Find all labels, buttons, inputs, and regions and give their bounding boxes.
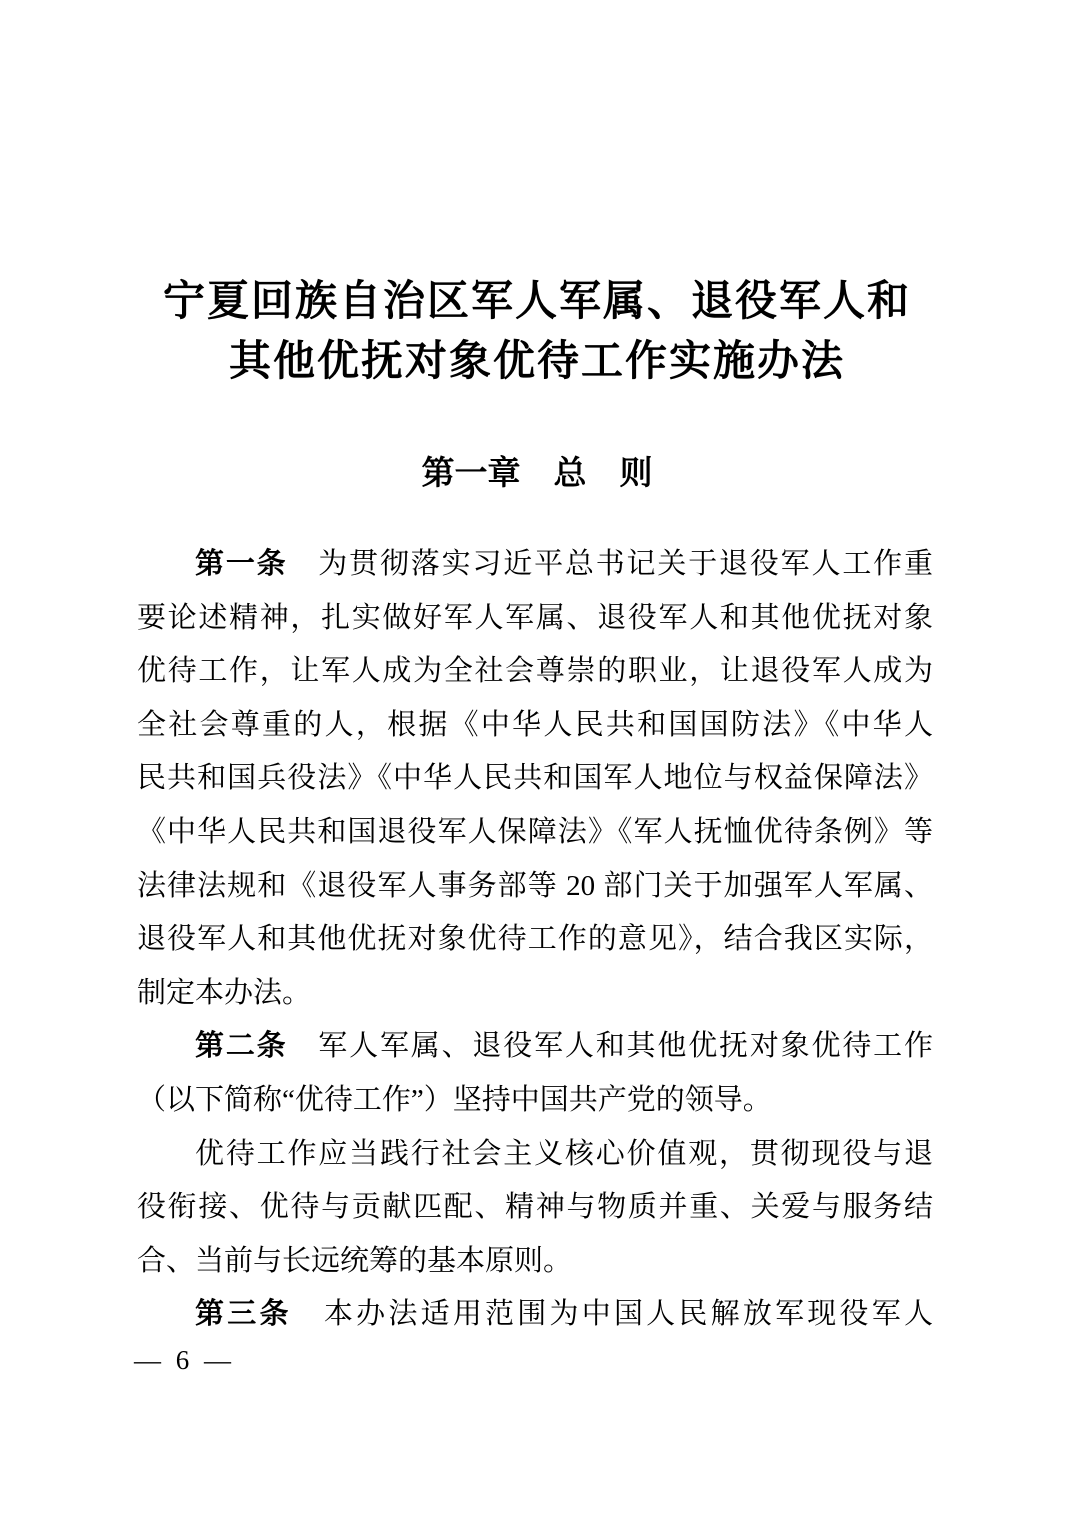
document-text-line: 合、当前与长远统筹的基本原则。 — [137, 1235, 933, 1289]
article-number: 第一条 — [195, 548, 287, 580]
body-text-segment: 法律法规和《退役军人事务部等 20 部门关于加强军人军属、 — [137, 870, 933, 902]
body-text-segment: 制定本办法。 — [137, 977, 311, 1009]
body-text-segment: 全社会尊重的人，根据《中华人民共和国国防法》《中华人 — [137, 709, 933, 741]
body-text-segment: 要论述精神，扎实做好军人军属、退役军人和其他优抚对象 — [137, 602, 933, 634]
document-text-line: 民共和国兵役法》《中华人民共和国军人地位与权益保障法》 — [137, 752, 933, 806]
body-text-segment: 退役军人和其他优抚对象优待工作的意见》，结合我区实际， — [137, 923, 933, 955]
document-text-line: 全社会尊重的人，根据《中华人民共和国国防法》《中华人 — [137, 699, 933, 753]
document-text-line: 法律法规和《退役军人事务部等 20 部门关于加强军人军属、 — [137, 860, 933, 914]
article-number: 第二条 — [195, 1030, 287, 1062]
body-text-segment: 优待工作，让军人成为全社会尊崇的职业，让退役军人成为 — [137, 655, 933, 687]
document-text-line: 第二条 军人军属、退役军人和其他优抚对象优待工作 — [137, 1020, 933, 1074]
document-title-line-2: 其他优抚对象优待工作实施办法 — [0, 332, 1074, 392]
document-text-line: 制定本办法。 — [137, 967, 933, 1021]
document-title-line-1: 宁夏回族自治区军人军属、退役军人和 — [0, 272, 1074, 332]
body-text-segment: （以下简称“优待工作”）坚持中国共产党的领导。 — [137, 1084, 772, 1116]
body-text-segment: 役衔接、优待与贡献匹配、精神与物质并重、关爱与服务结 — [137, 1191, 933, 1223]
body-text-segment: 合、当前与长远统筹的基本原则。 — [137, 1245, 572, 1277]
document-text-line: （以下简称“优待工作”）坚持中国共产党的领导。 — [137, 1074, 933, 1128]
document-title: 宁夏回族自治区军人军属、退役军人和 其他优抚对象优待工作实施办法 — [0, 272, 1074, 392]
document-text-line: 优待工作应当践行社会主义核心价值观，贯彻现役与退 — [137, 1128, 933, 1182]
body-text-segment: 军人军属、退役军人和其他优抚对象优待工作 — [287, 1030, 933, 1062]
body-text-segment: 民共和国兵役法》《中华人民共和国军人地位与权益保障法》 — [137, 762, 933, 794]
document-text-line: 役衔接、优待与贡献匹配、精神与物质并重、关爱与服务结 — [137, 1181, 933, 1235]
body-text-segment: 本办法适用范围为中国人民解放军现役军人 — [292, 1298, 933, 1330]
document-text-line: 要论述精神，扎实做好军人军属、退役军人和其他优抚对象 — [137, 592, 933, 646]
article-number: 第三条 — [195, 1298, 292, 1330]
document-text-line: 第一条 为贯彻落实习近平总书记关于退役军人工作重 — [137, 538, 933, 592]
chapter-heading: 第一章 总 则 — [0, 452, 1074, 494]
document-text-line: 《中华人民共和国退役军人保障法》《军人抚恤优待条例》等 — [137, 806, 933, 860]
body-text-segment: 为贯彻落实习近平总书记关于退役军人工作重 — [287, 548, 933, 580]
body-text-segment: 《中华人民共和国退役军人保障法》《军人抚恤优待条例》等 — [137, 816, 933, 848]
document-text-line: 第三条 本办法适用范围为中国人民解放军现役军人 — [137, 1288, 933, 1342]
page-number: — 6 — — [134, 1345, 235, 1376]
document-body: 第一条 为贯彻落实习近平总书记关于退役军人工作重要论述精神，扎实做好军人军属、退… — [137, 538, 933, 1342]
body-text-segment: 优待工作应当践行社会主义核心价值观，贯彻现役与退 — [195, 1138, 933, 1170]
document-text-line: 退役军人和其他优抚对象优待工作的意见》，结合我区实际， — [137, 913, 933, 967]
document-text-line: 优待工作，让军人成为全社会尊崇的职业，让退役军人成为 — [137, 645, 933, 699]
